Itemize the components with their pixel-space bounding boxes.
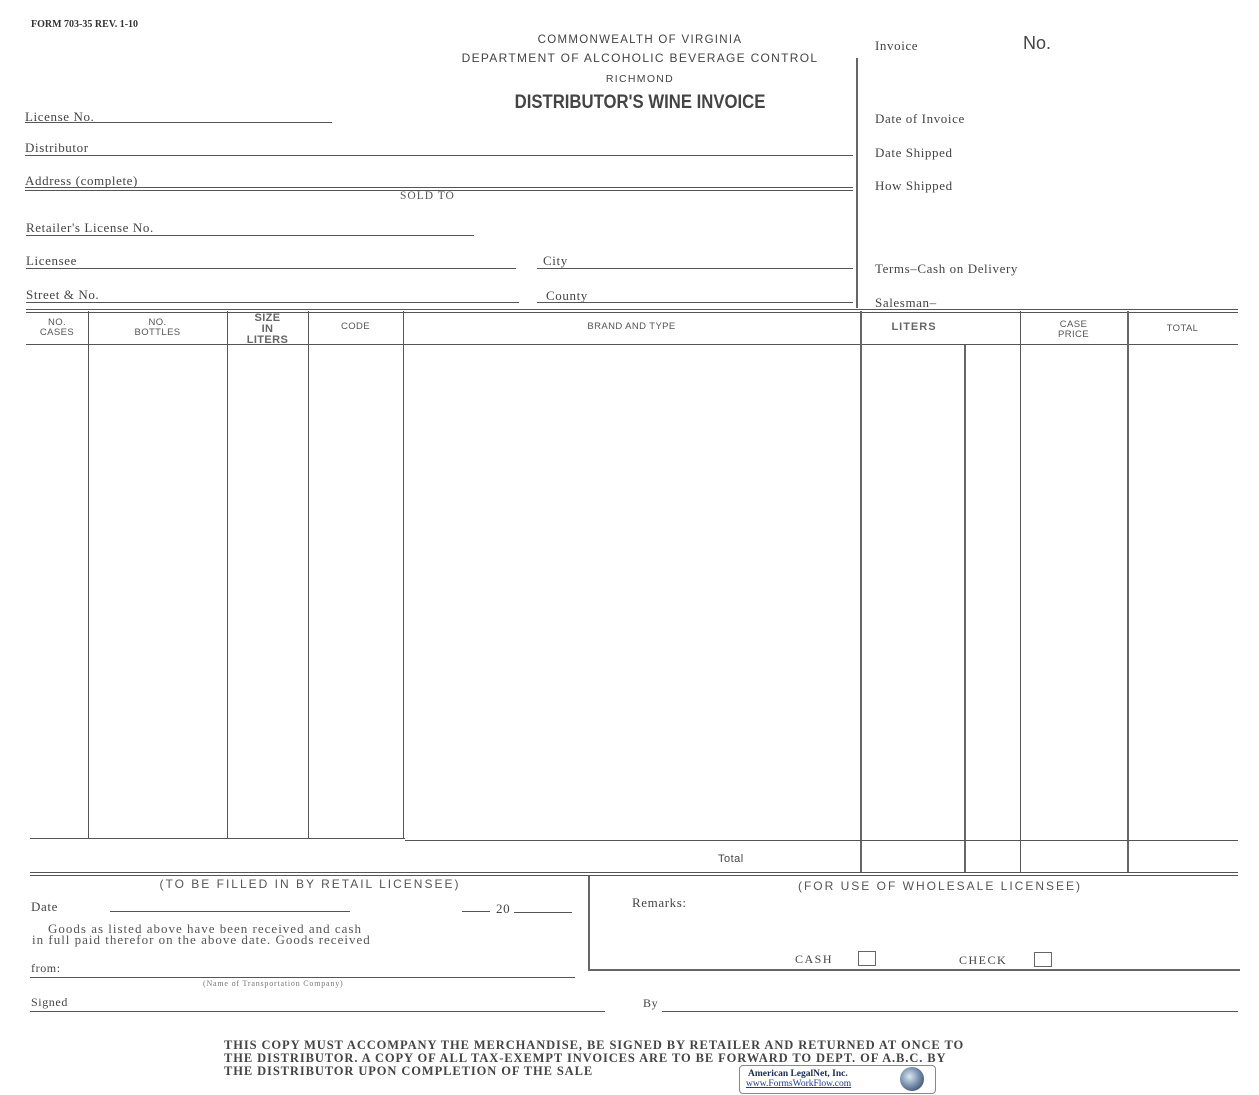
check-checkbox[interactable] <box>1034 952 1052 967</box>
signed-field[interactable] <box>30 1011 605 1012</box>
cash-checkbox[interactable] <box>858 951 876 966</box>
city-field[interactable] <box>537 268 853 269</box>
check-label: CHECK <box>959 953 1007 968</box>
date-shipped-field[interactable]: Date Shipped <box>875 145 953 161</box>
street-label: Street & No. <box>26 287 99 303</box>
date-field[interactable] <box>110 911 350 912</box>
table-top-border <box>26 309 1238 313</box>
year-prefix: 20 <box>496 901 510 917</box>
retail-section-heading: (TO BE FILLED IN BY RETAIL LICENSEE) <box>30 877 590 891</box>
column-header-code: CODE <box>308 322 403 332</box>
column-header-cases: NO. CASES <box>26 318 88 338</box>
date-day-field[interactable] <box>462 911 490 912</box>
header-department: DEPARTMENT OF ALCOHOLIC BEVERAGE CONTROL <box>420 51 860 65</box>
invoice-number-label: No. <box>1023 33 1051 54</box>
retailer-license-field[interactable] <box>26 235 474 236</box>
column-header-brand: BRAND AND TYPE <box>403 322 860 332</box>
transport-caption: (Name of Transportation Company) <box>203 979 343 988</box>
from-label: from: <box>31 961 61 976</box>
distributor-label: Distributor <box>25 140 89 156</box>
header-commonwealth: COMMONWEALTH OF VIRGINIA <box>420 34 860 46</box>
total-label: Total <box>718 853 744 865</box>
column-header-liters: LITERS <box>862 322 966 332</box>
total-liters-cell[interactable] <box>862 841 964 873</box>
city-label: City <box>543 253 568 269</box>
licensee-field[interactable] <box>26 268 516 269</box>
terms-label: Terms–Cash on Delivery <box>875 261 1018 277</box>
wholesale-section-heading: (FOR USE OF WHOLESALE LICENSEE) <box>590 879 1259 893</box>
table-body[interactable] <box>26 345 1238 838</box>
column-header-total: TOTAL <box>1127 324 1238 334</box>
header-divider <box>856 58 858 308</box>
remarks-label: Remarks: <box>632 895 687 911</box>
footer-notice-line3: THE DISTRIBUTOR UPON COMPLETION OF THE S… <box>224 1065 593 1078</box>
year-field[interactable] <box>514 912 572 913</box>
remarks-field[interactable] <box>710 895 1230 940</box>
form-number: FORM 703-35 REV. 1-10 <box>31 19 138 30</box>
items-bottom-border <box>30 838 405 839</box>
by-field[interactable] <box>662 1011 1238 1012</box>
publisher-url[interactable]: www.FormsWorkFlow.com <box>746 1079 851 1089</box>
publisher-name: American LegalNet, Inc. <box>748 1069 848 1079</box>
column-header-bottles: NO. BOTTLES <box>88 318 227 338</box>
by-label: By <box>643 996 658 1011</box>
sold-to-label: SOLD TO <box>400 190 455 202</box>
column-header-case-price: CASE PRICE <box>1020 320 1127 340</box>
page-title: DISTRIBUTOR'S WINE INVOICE <box>446 92 833 114</box>
globe-icon <box>900 1067 924 1091</box>
transport-company-field[interactable] <box>30 977 575 978</box>
invoice-label: Invoice <box>875 38 918 54</box>
retailer-license-label: Retailer's License No. <box>26 220 154 236</box>
street-field[interactable] <box>26 302 519 303</box>
date-of-invoice-field[interactable]: Date of Invoice <box>875 111 965 127</box>
distributor-field[interactable] <box>25 155 853 156</box>
total-amount-cell[interactable] <box>1129 841 1238 873</box>
date-label: Date <box>31 899 58 915</box>
licensee-label: Licensee <box>26 253 77 269</box>
items-bottom-border <box>405 840 1238 841</box>
how-shipped-field[interactable]: How Shipped <box>875 178 953 194</box>
header-richmond: RICHMOND <box>420 73 860 85</box>
license-no-field[interactable] <box>25 122 332 123</box>
county-field[interactable] <box>537 302 853 303</box>
cash-label: CASH <box>795 952 833 967</box>
signed-label: Signed <box>31 995 68 1010</box>
column-header-size: SIZE IN LITERS <box>227 313 308 346</box>
publisher-badge[interactable]: American LegalNet, Inc. www.FormsWorkFlo… <box>739 1065 936 1094</box>
receipt-statement-line2: in full paid therefor on the above date.… <box>32 932 371 948</box>
